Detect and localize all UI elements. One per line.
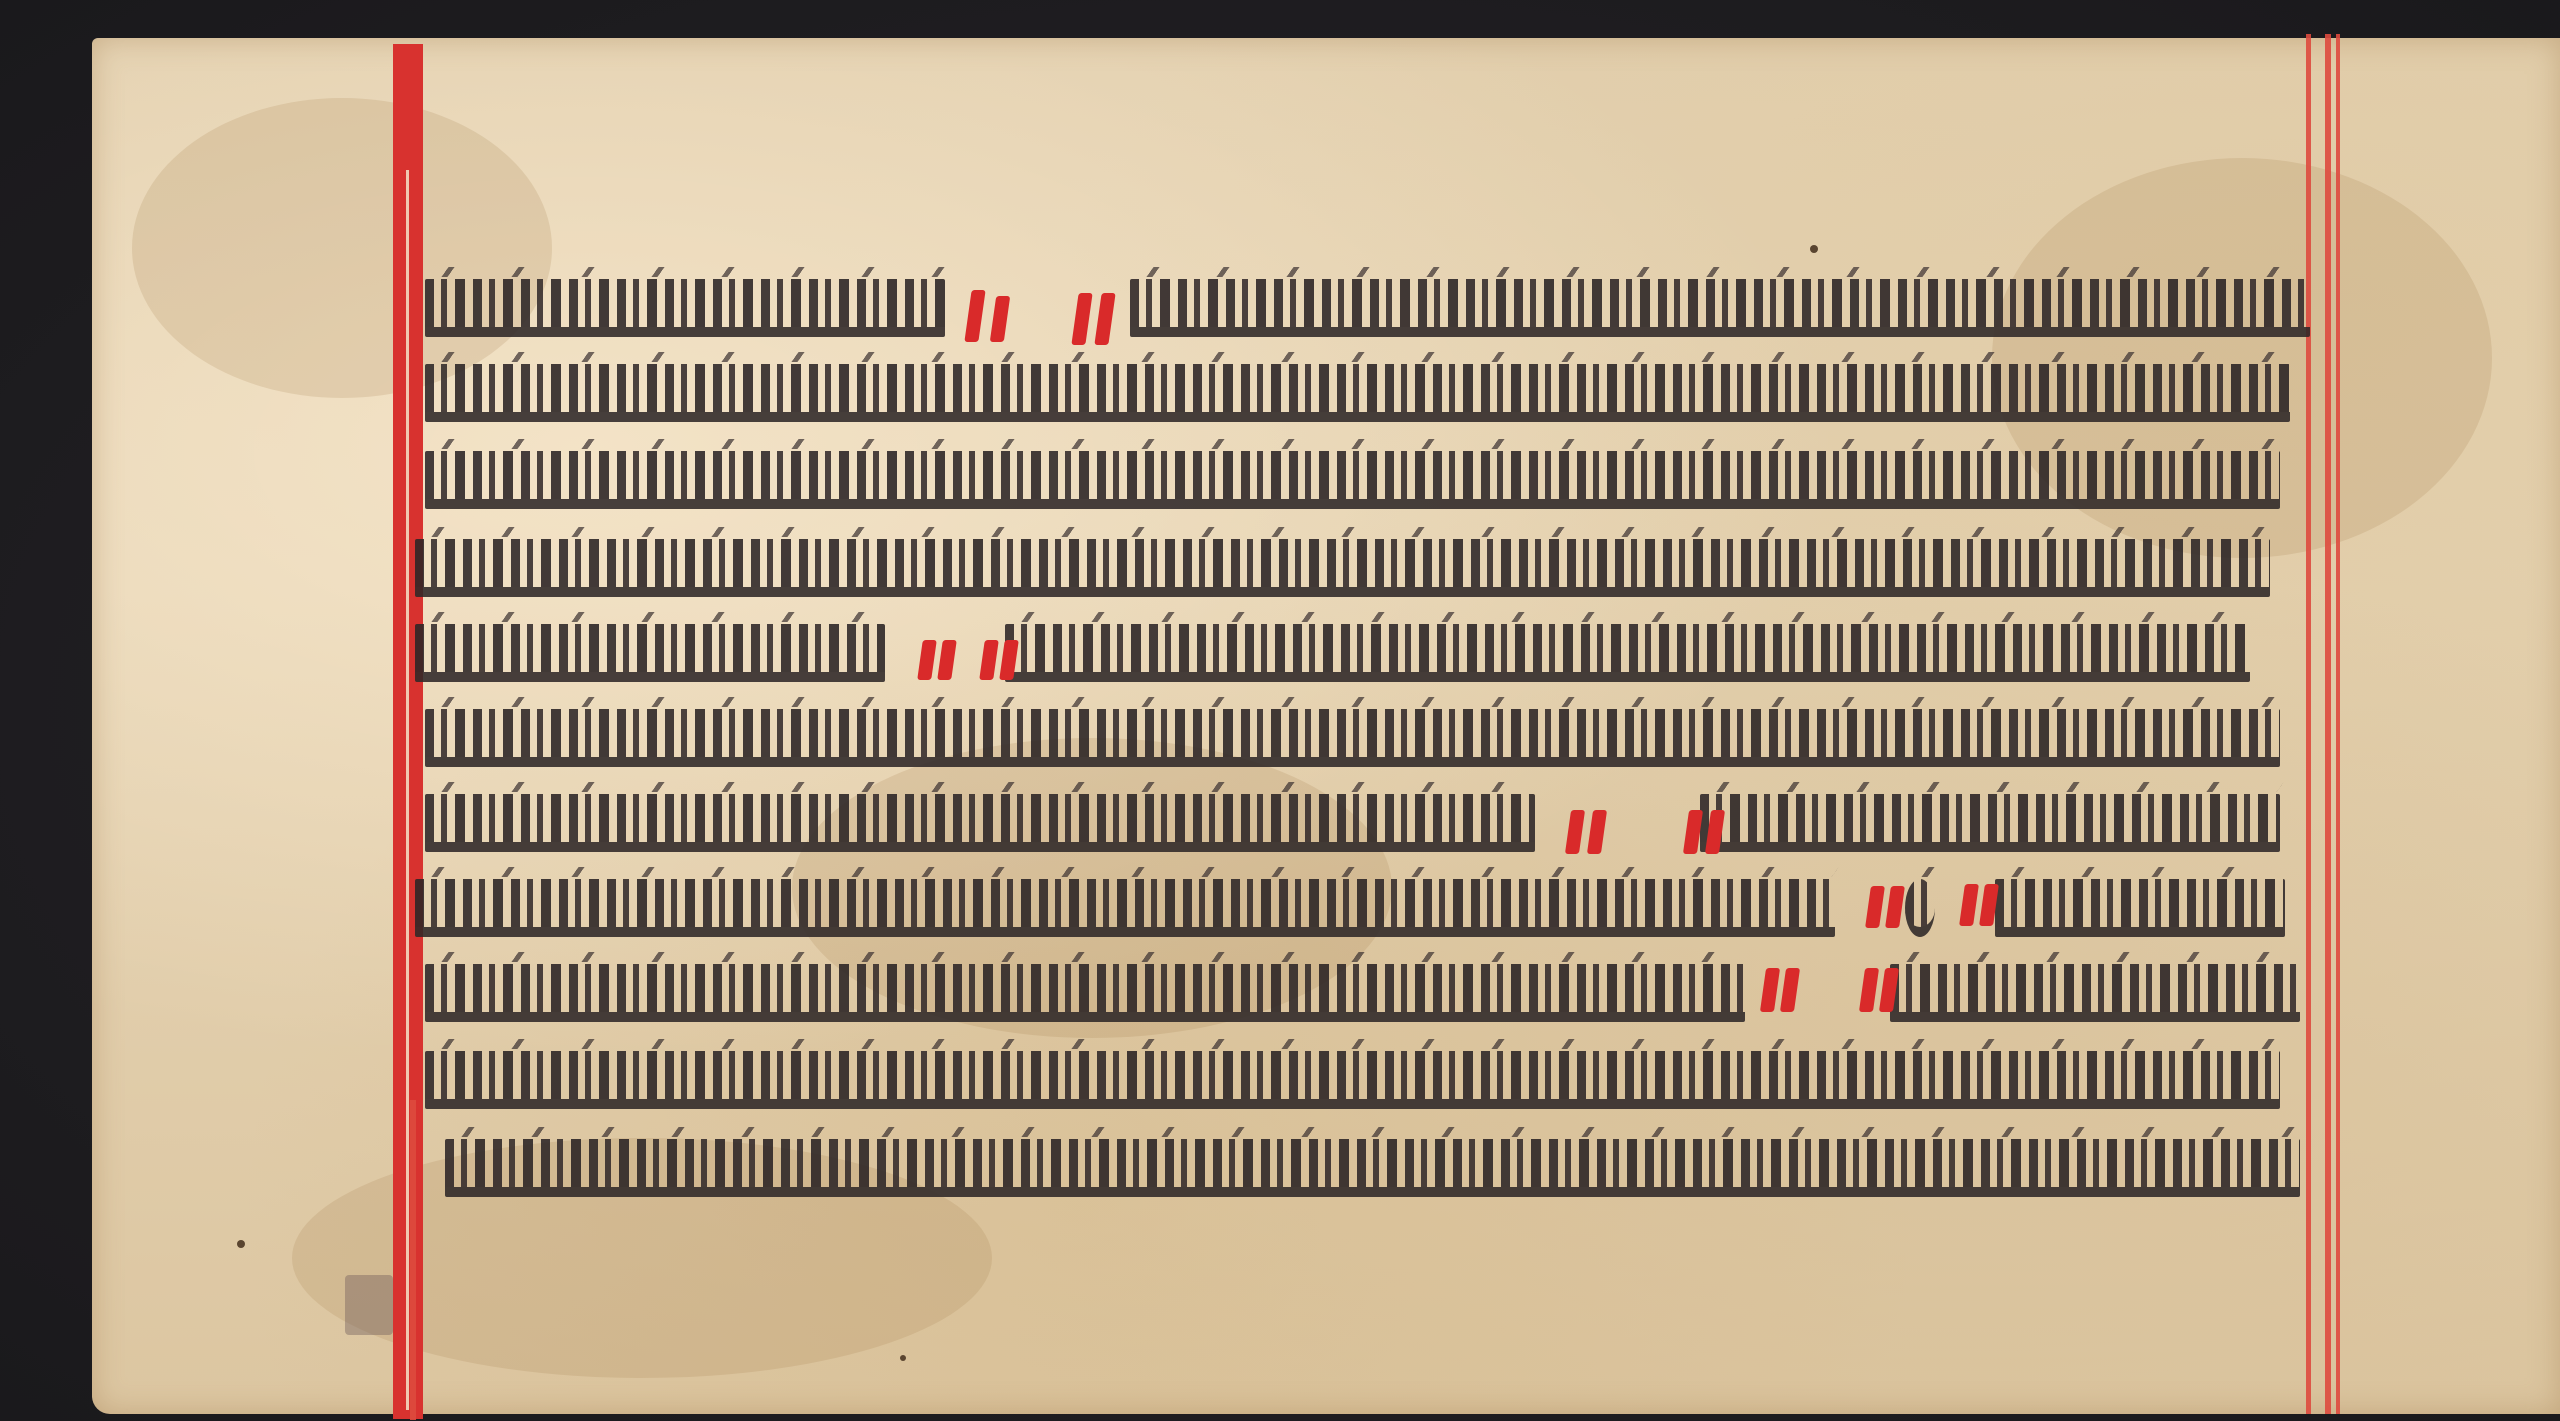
left-margin-rule-thin — [410, 1100, 416, 1420]
text-line-5 — [425, 620, 2250, 682]
glyph-run — [1005, 624, 2250, 682]
text-line-4 — [425, 535, 2270, 597]
text-line-10 — [425, 1047, 2280, 1109]
glyph-run — [425, 709, 2280, 767]
right-margin-rule — [2306, 34, 2311, 1414]
glyph-run — [425, 964, 1745, 1022]
glyph-run — [425, 364, 2290, 422]
glyph-run — [425, 279, 945, 337]
ink-speck — [237, 1240, 245, 1248]
text-line-6 — [425, 705, 2280, 767]
text-line-7 — [425, 790, 2280, 852]
text-line-3 — [425, 447, 2280, 509]
glyph-run — [425, 451, 2280, 509]
glyph-run — [1700, 794, 2280, 852]
right-margin-rule — [2325, 34, 2331, 1414]
right-margin-rule — [2336, 34, 2340, 1414]
ink-speck — [1810, 245, 1818, 253]
paper-patch — [345, 1275, 393, 1335]
text-line-8 — [425, 875, 2285, 937]
left-margin-rule-highlight — [406, 170, 409, 1410]
glyph-run — [1995, 879, 2285, 937]
manuscript-text-block — [425, 255, 2295, 1215]
text-line-11 — [425, 1135, 2300, 1197]
glyph-run — [1130, 279, 2310, 337]
glyph-run — [415, 624, 885, 682]
glyph-run — [1890, 964, 2300, 1022]
glyph-run — [1905, 879, 1935, 937]
ink-speck — [900, 1355, 906, 1361]
glyph-run — [425, 794, 1535, 852]
glyph-run — [445, 1139, 2300, 1197]
glyph-run — [425, 1051, 2280, 1109]
text-line-2 — [425, 360, 2290, 422]
glyph-run — [415, 539, 2270, 597]
text-line-1 — [425, 275, 2310, 337]
text-line-9 — [425, 960, 2300, 1022]
glyph-run — [415, 879, 1835, 937]
